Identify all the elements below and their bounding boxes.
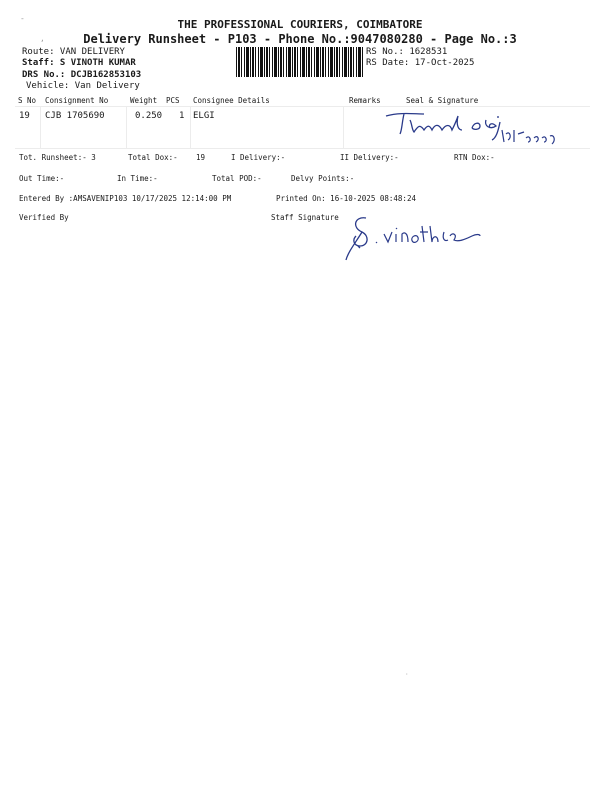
total-dox-label: Total Dox:- [128, 153, 178, 162]
drs-number: DRS No.: DCJB162853103 [22, 70, 141, 80]
cell-sno: 19 [19, 111, 30, 121]
col-header-remarks: Remarks [349, 96, 381, 105]
in-time: In Time:- [117, 174, 158, 183]
verified-by: Verified By [19, 213, 69, 222]
runsheet-subtitle: Delivery Runsheet - P103 - Phone No.:904… [0, 32, 600, 46]
printed-on: Printed On: 16-10-2025 08:48:24 [276, 194, 416, 203]
table-divider [343, 106, 344, 148]
rs-date: RS Date: 17-Oct-2025 [366, 58, 474, 68]
table-divider [190, 106, 191, 148]
col-header-seal-signature: Seal & Signature [406, 96, 478, 105]
i-delivery: I Delivery:- [231, 153, 285, 162]
table-divider [40, 106, 41, 148]
table-divider [15, 106, 590, 107]
staff-signature [340, 212, 490, 264]
receiver-signature [380, 108, 570, 146]
cell-consignment: CJB 1705690 [45, 111, 105, 121]
col-header-sno: S No [18, 96, 36, 105]
col-header-pcs: PCS [166, 96, 180, 105]
vehicle-label: Vehicle: Van Delivery [26, 81, 140, 91]
scan-mark: · [405, 671, 409, 678]
out-time: Out Time:- [19, 174, 64, 183]
col-header-consignee: Consignee Details [193, 96, 270, 105]
cell-pcs: 1 [179, 111, 184, 121]
table-divider [126, 106, 127, 148]
staff-signature-label: Staff Signature [271, 213, 339, 222]
table-divider [15, 148, 590, 149]
rs-number: RS No.: 1628531 [366, 47, 447, 57]
col-header-weight: Weight [130, 96, 157, 105]
cell-consignee: ELGI [193, 111, 215, 121]
barcode [236, 47, 364, 77]
total-dox-value: 19 [196, 153, 205, 162]
delvy-points: Delvy Points:- [291, 174, 354, 183]
total-pod: Total POD:- [212, 174, 262, 183]
cell-weight: 0.250 [135, 111, 162, 121]
rtn-dox: RTN Dox:- [454, 153, 495, 162]
ii-delivery: II Delivery:- [340, 153, 399, 162]
col-header-consignment: Consignment No [45, 96, 108, 105]
tot-runsheet: Tot. Runsheet:- 3 [19, 153, 96, 162]
route-label: Route: VAN DELIVERY [22, 47, 125, 57]
company-title: THE PROFESSIONAL COURIERS, COIMBATORE [0, 18, 600, 31]
staff-label: Staff: S VINOTH KUMAR [22, 58, 136, 68]
entered-by: Entered By :AMSAVENIP103 10/17/2025 12:1… [19, 194, 231, 203]
